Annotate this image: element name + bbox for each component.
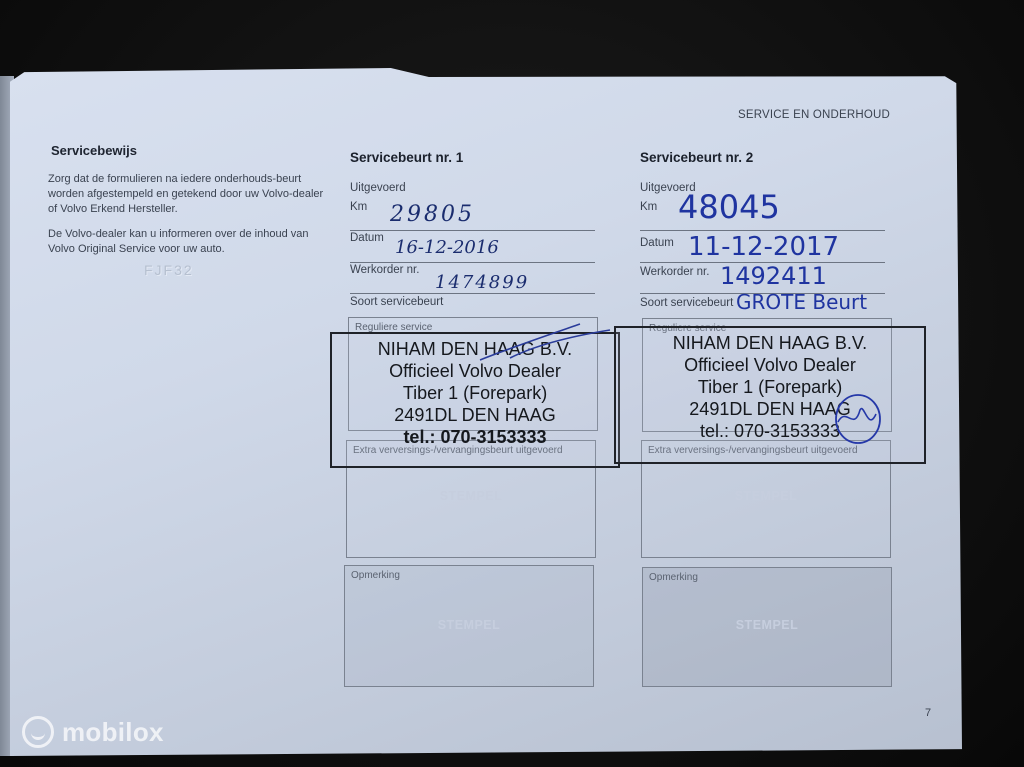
stamp-line: Officieel Volvo Dealer xyxy=(616,354,924,376)
watermark: mobilox xyxy=(22,716,164,748)
service-entry-2: Servicebeurt nr. 2 Uitgevoerd Km 48045 D… xyxy=(640,150,890,179)
signature-1 xyxy=(470,318,630,368)
date-label: Datum xyxy=(640,237,674,249)
remark-label: Opmerking xyxy=(649,572,698,583)
embossed-imprint: FJF32 xyxy=(144,262,194,278)
work-order-label: Werkorder nr. xyxy=(350,264,419,276)
intro-title: Servicebewijs xyxy=(51,143,137,158)
performed-label: Uitgevoerd xyxy=(350,182,406,194)
page-number: 7 xyxy=(925,707,931,719)
remark-label: Opmerking xyxy=(351,570,400,581)
service-title: Servicebeurt nr. 2 xyxy=(640,150,890,165)
section-header: SERVICE EN ONDERHOUD xyxy=(738,109,890,121)
stamp-line: Tiber 1 (Forepark) xyxy=(332,382,618,404)
date-label: Datum xyxy=(350,232,384,244)
date-value: 11-12-2017 xyxy=(688,232,839,262)
km-value: 48045 xyxy=(678,188,780,226)
service-entry-1: Servicebeurt nr. 1 Uitgevoerd Km 29805 D… xyxy=(350,150,600,179)
stamp-placeholder: STEMPEL xyxy=(643,618,891,632)
stamp-placeholder: STEMPEL xyxy=(345,618,593,632)
stamp-line: 2491DL DEN HAAG xyxy=(332,404,618,426)
km-line xyxy=(640,230,885,231)
stamp-placeholder: STEMPEL xyxy=(642,489,890,503)
stamp-line: NIHAM DEN HAAG B.V. xyxy=(616,332,924,354)
intro-paragraph-1: Zorg dat de formulieren na iedere onderh… xyxy=(48,172,328,217)
work-order-value: 1492411 xyxy=(720,262,827,290)
stamp-line: tel.: 070-3153333 xyxy=(332,426,618,448)
stamp-placeholder: STEMPEL xyxy=(347,489,595,503)
work-order-value: 1474899 xyxy=(435,272,529,293)
intro-paragraph-2: De Volvo-dealer kan u informeren over de… xyxy=(48,227,328,257)
remark-box-2: Opmerking STEMPEL xyxy=(642,567,892,687)
work-order-label: Werkorder nr. xyxy=(640,266,709,278)
km-value: 29805 xyxy=(390,202,475,227)
work-order-line xyxy=(350,293,595,294)
service-type-value: GROTE Beurt xyxy=(736,290,867,314)
remark-box-1: Opmerking STEMPEL xyxy=(344,565,594,687)
km-label: Km xyxy=(640,201,657,213)
mobilox-logo-icon xyxy=(22,716,54,748)
date-line xyxy=(350,262,595,263)
signature-2 xyxy=(828,392,888,448)
km-line xyxy=(350,230,595,231)
service-type-label: Soort servicebeurt xyxy=(350,296,443,308)
km-label: Km xyxy=(350,201,367,213)
service-type-label: Soort servicebeurt xyxy=(640,297,733,309)
watermark-text: mobilox xyxy=(62,717,164,748)
service-title: Servicebeurt nr. 1 xyxy=(350,150,600,165)
date-value: 16-12-2016 xyxy=(395,237,499,258)
